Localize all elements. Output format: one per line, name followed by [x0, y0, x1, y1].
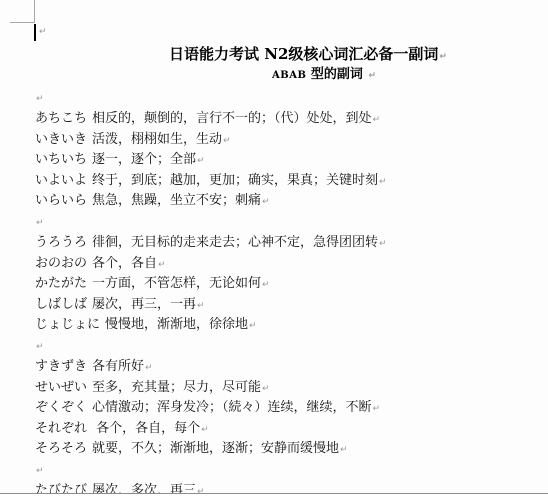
- entry-meaning: 各个，各自，每个: [92, 421, 200, 436]
- vocab-entry: いよいよ终于，到底；越加，更加；确实，果真；关键时刻↵: [35, 171, 535, 192]
- entry-meaning: 活泼，栩栩如生，生动: [92, 132, 222, 147]
- title-text: 日语能力考试 N2级核心词汇必备一副词: [169, 45, 438, 63]
- paragraph-mark-icon: ↵: [197, 301, 205, 311]
- entry-kana: いきいき: [35, 130, 87, 151]
- vocab-entry: しばしば屡次，再三，一再↵: [35, 295, 535, 316]
- vocab-entry: いらいら焦急，焦躁，坐立不安；刺痛↵: [35, 191, 535, 212]
- entry-kana: いらいら: [35, 191, 87, 212]
- vocab-entry: あちこち相反的，颠倒的，言行不一的；（代）处处，到处↵: [35, 109, 535, 130]
- paragraph-mark-icon: ↵: [340, 445, 348, 455]
- vocabulary-list: ↵ あちこち相反的，颠倒的，言行不一的；（代）处处，到处↵ いきいき活泼，栩栩如…: [35, 88, 535, 496]
- paragraph-mark-icon: ↵: [201, 425, 209, 435]
- vocab-entry: じょじょに慢慢地，渐渐地，徐徐地↵: [35, 315, 535, 336]
- document-title: 日语能力考试 N2级核心词汇必备一副词↵: [0, 44, 548, 67]
- subtitle-latin: ABAB: [272, 70, 306, 81]
- vocab-entry: ぞくぞく心情激动；浑身发冷；（続々）连续，继续，不断↵: [35, 398, 535, 419]
- entry-kana: すきずき: [35, 357, 87, 378]
- entry-meaning: 慢慢地，渐渐地，徐徐地: [105, 317, 248, 332]
- entry-kana: いよいよ: [35, 171, 87, 192]
- entry-meaning: 心情激动；浑身发冷；（続々）连续，继续，不断: [92, 400, 372, 415]
- empty-paragraph: ↵: [35, 460, 535, 481]
- entry-meaning: 各个，各自: [92, 256, 157, 271]
- paragraph-mark-icon: ↵: [39, 27, 47, 37]
- paragraph-mark-icon: ↵: [379, 177, 387, 187]
- paragraph-mark-icon: ↵: [197, 156, 205, 166]
- paragraph-mark-icon: ↵: [36, 342, 44, 352]
- entry-kana: いちいち: [35, 150, 87, 171]
- paragraph-mark-icon: ↵: [158, 260, 166, 270]
- paragraph-mark-icon: ↵: [262, 280, 270, 290]
- entry-kana: おのおの: [35, 254, 87, 275]
- text-cursor: [34, 24, 36, 41]
- entry-meaning: 屡次，再三，一再: [92, 297, 196, 312]
- paragraph-mark-icon: ↵: [145, 363, 153, 373]
- entry-kana: しばしば: [35, 295, 87, 316]
- empty-paragraph: ↵: [35, 336, 535, 357]
- entry-meaning: 逐一，逐个；全部: [92, 152, 196, 167]
- paragraph-mark-icon: ↵: [249, 321, 257, 331]
- paragraph-mark-icon: ↵: [36, 466, 44, 476]
- entry-meaning: 各有所好: [92, 359, 144, 374]
- margin-corner-mark: [34, 0, 35, 22]
- entry-kana: そろそろ: [35, 439, 87, 460]
- entry-kana: ぞくぞく: [35, 398, 87, 419]
- paragraph-mark-icon: ↵: [368, 71, 376, 81]
- subtitle-text: 型的副词: [306, 67, 363, 82]
- entry-meaning: 徘徊，无目标的走来走去；心神不定，急得团团转: [92, 235, 378, 250]
- vocab-entry: すきずき各有所好↵: [35, 357, 535, 378]
- vocab-entry: おのおの各个，各自↵: [35, 254, 535, 275]
- empty-paragraph: ↵: [35, 88, 535, 109]
- paragraph-mark-icon: ↵: [379, 239, 387, 249]
- vocab-entry: それぞれ 各个，各自，每个↵: [35, 419, 535, 440]
- document-page[interactable]: ↵ 日语能力考试 N2级核心词汇必备一副词↵ ABAB 型的副词 ↵ ↵ あちこ…: [0, 0, 548, 496]
- entry-meaning: 相反的，颠倒的，言行不一的；（代）处处，到处: [92, 111, 372, 126]
- entry-meaning: 就要，不久；渐渐地，逐渐；安静而缓慢地: [92, 441, 339, 456]
- entry-kana: せいぜい: [35, 378, 87, 399]
- paragraph-mark-icon: ↵: [439, 52, 447, 62]
- paragraph-mark-icon: ↵: [36, 94, 44, 104]
- vocab-entry: せいぜい至多，充其量；尽力，尽可能↵: [35, 378, 535, 399]
- entry-kana: じょじょに: [35, 315, 100, 336]
- entry-meaning: 一方面，不管怎样，无论如何: [92, 276, 261, 291]
- empty-paragraph: ↵: [35, 212, 535, 233]
- paragraph-mark-icon: ↵: [373, 115, 381, 125]
- document-subtitle: ABAB 型的副词 ↵: [0, 66, 548, 85]
- paragraph-mark-icon: ↵: [373, 404, 381, 414]
- entry-meaning: 终于，到底；越加，更加；确实，果真；关键时刻: [92, 173, 378, 188]
- vocab-entry: うろうろ徘徊，无目标的走来走去；心神不定，急得团团转↵: [35, 233, 535, 254]
- entry-kana: かたがた: [35, 274, 87, 295]
- paragraph-mark-icon: ↵: [262, 197, 270, 207]
- entry-kana: あちこち: [35, 109, 87, 130]
- entry-meaning: 焦急，焦躁，坐立不安；刺痛: [92, 193, 261, 208]
- vocab-entry: かたがた一方面，不管怎样，无论如何↵: [35, 274, 535, 295]
- entry-kana: それぞれ: [35, 419, 87, 440]
- vocab-entry: いちいち逐一，逐个；全部↵: [35, 150, 535, 171]
- paragraph-mark-icon: ↵: [36, 218, 44, 228]
- paragraph-mark-icon: ↵: [262, 384, 270, 394]
- margin-corner-mark: [10, 22, 35, 23]
- entry-meaning: 至多，充其量；尽力，尽可能: [92, 380, 261, 395]
- paragraph-mark-icon: ↵: [223, 136, 231, 146]
- vocab-entry: いきいき活泼，栩栩如生，生动↵: [35, 130, 535, 151]
- vocab-entry: そろそろ就要，不久；渐渐地，逐渐；安静而缓慢地↵: [35, 439, 535, 460]
- entry-kana: うろうろ: [35, 233, 87, 254]
